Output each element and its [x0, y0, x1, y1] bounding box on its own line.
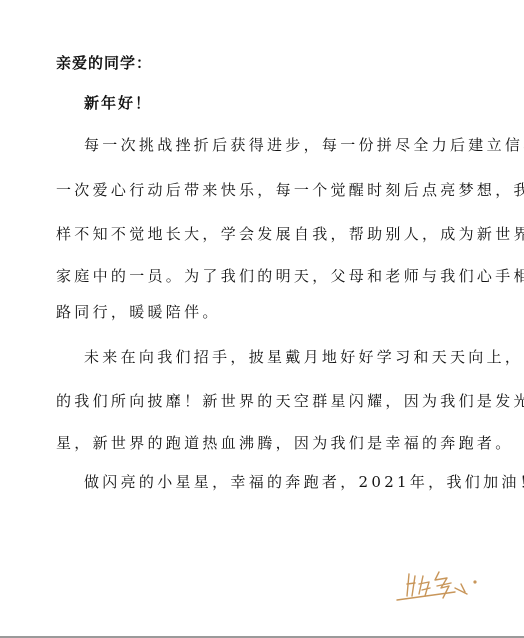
paragraph-line: 路同行，暖暖陪伴。 — [56, 302, 221, 322]
letter-page: 亲爱的同学： 新年好！ 每一次挑战挫折后获得进步，每一份拼尽全力后建立信心，每 … — [0, 0, 524, 636]
paragraph-line: 未来在向我们招手，披星戴月地好好学习和天天向上，让明天 — [84, 347, 524, 367]
paragraph-line: 星，新世界的跑道热血沸腾，因为我们是幸福的奔跑者。 — [56, 433, 514, 453]
paragraph-line: 家庭中的一员。为了我们的明天，父母和老师与我们心手相连，一 — [56, 266, 524, 286]
greeting: 新年好！ — [84, 93, 152, 113]
paragraph-line: 一次爱心行动后带来快乐，每一个觉醒时刻后点亮梦想，我们就这 — [56, 180, 524, 200]
paragraph-line: 的我们所向披靡！新世界的天空群星闪耀，因为我们是发光的小星 — [56, 391, 524, 411]
salutation: 亲爱的同学： — [56, 53, 152, 73]
signature-icon — [395, 566, 485, 606]
paragraph-line: 每一次挑战挫折后获得进步，每一份拼尽全力后建立信心，每 — [84, 135, 524, 155]
paragraph-line: 样不知不觉地长大，学会发展自我，帮助别人，成为新世界温暖大 — [56, 224, 524, 244]
paragraph-line: 做闪亮的小星星，幸福的奔跑者，2021年，我们加油！ — [84, 472, 524, 492]
